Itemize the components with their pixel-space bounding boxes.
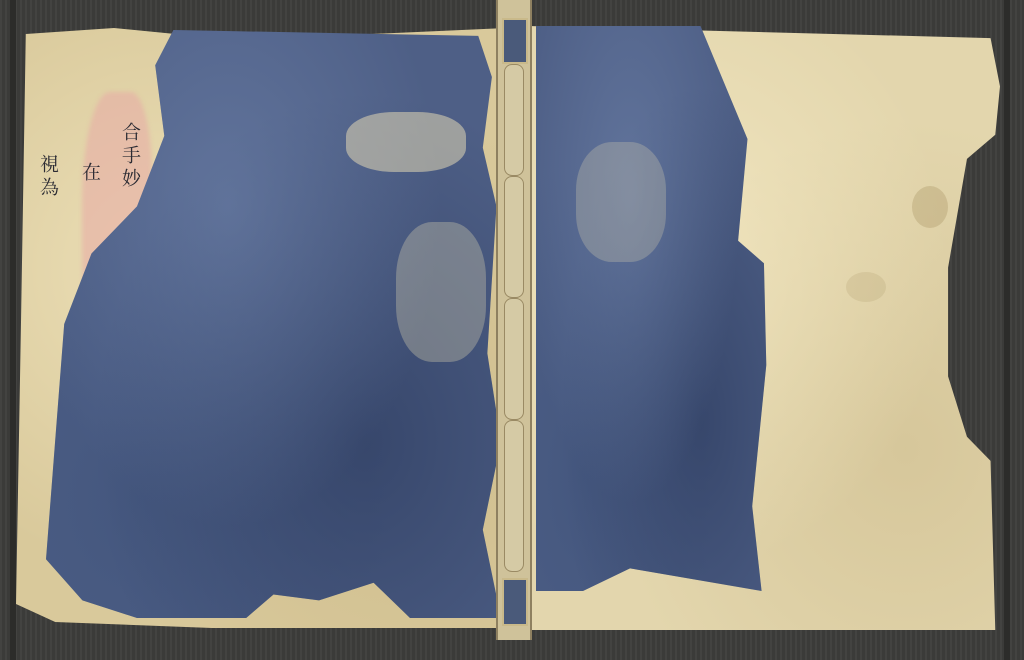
photo-scene: 合手妙 在 視為 xyxy=(0,0,1024,660)
board-edge-right xyxy=(1004,0,1010,660)
water-stain xyxy=(912,186,948,228)
spine-segment xyxy=(504,298,524,420)
handwriting-column-2: 在 xyxy=(80,162,99,185)
handwriting-column-1: 合手妙 xyxy=(120,122,139,191)
worn-patch xyxy=(576,142,666,262)
spine-segment xyxy=(504,176,524,298)
worn-patch xyxy=(396,222,486,362)
right-cover-cloth xyxy=(536,26,771,591)
book-spine xyxy=(496,0,532,640)
spine-bottom-cap xyxy=(502,578,528,626)
spine-top-cap xyxy=(502,18,528,64)
handwriting-column-3: 視為 xyxy=(38,154,57,200)
spine-segment xyxy=(504,420,524,572)
spine-segment xyxy=(504,64,524,176)
worn-patch xyxy=(346,112,466,172)
water-stain xyxy=(846,272,886,302)
